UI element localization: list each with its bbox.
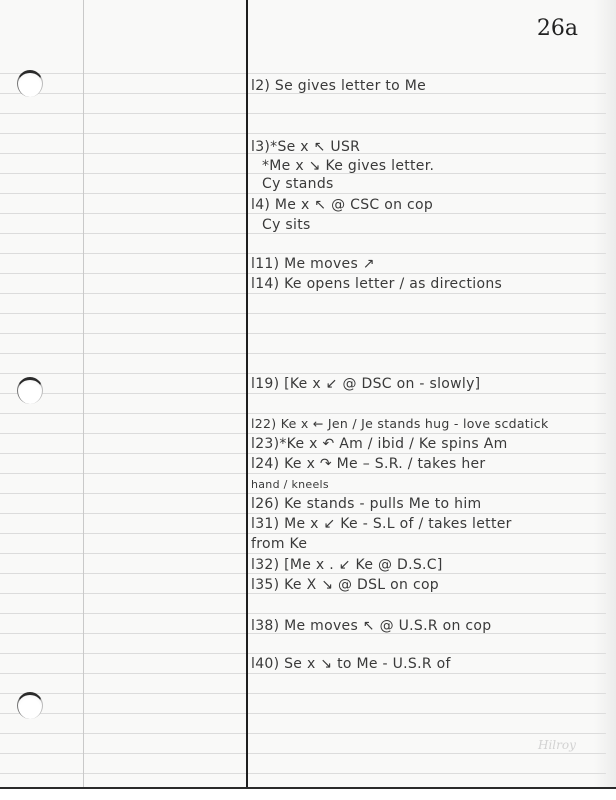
- ruled-line: [0, 453, 606, 454]
- ruled-line: [0, 673, 606, 674]
- notebook-page: 26a l2) Se gives letter to Me l3)*Se x ↖…: [0, 0, 616, 789]
- ruled-line: [0, 373, 606, 374]
- ruled-line: [0, 213, 606, 214]
- note-line: l24) Ke x ↷ Me – S.R. / takes her: [251, 456, 485, 472]
- ruled-line: [0, 253, 606, 254]
- margin-line-dark: [246, 0, 248, 787]
- ruled-line: [0, 193, 606, 194]
- page-edge-shadow: [594, 0, 616, 787]
- brand-watermark: Hilroy: [538, 738, 576, 752]
- ruled-line: [0, 353, 606, 354]
- note-line: l40) Se x ↘ to Me - U.S.R of: [251, 656, 451, 672]
- ruled-line: [0, 553, 606, 554]
- ruled-line: [0, 433, 606, 434]
- note-line: l3)*Se x ↖ USR: [251, 139, 360, 155]
- note-line: from Ke: [251, 536, 307, 552]
- note-line: Cy stands: [262, 176, 334, 192]
- ruled-line: [0, 533, 606, 534]
- ruled-line: [0, 493, 606, 494]
- ruled-line: [0, 473, 606, 474]
- binder-hole-middle: [17, 377, 43, 404]
- ruled-line: [0, 613, 606, 614]
- ruled-line: [0, 653, 606, 654]
- note-line: l26) Ke stands - pulls Me to him: [251, 496, 481, 512]
- note-line: Cy sits: [262, 217, 311, 233]
- ruled-line: [0, 73, 606, 74]
- ruled-line: [0, 313, 606, 314]
- note-line: l22) Ke x ← Jen / Je stands hug - love s…: [251, 416, 549, 431]
- ruled-line: [0, 513, 606, 514]
- ruled-line: [0, 733, 606, 734]
- note-line: l4) Me x ↖ @ CSC on cop: [251, 197, 433, 213]
- note-line: hand / kneels: [251, 478, 329, 491]
- ruled-line: [0, 333, 606, 334]
- binder-hole-top: [17, 70, 43, 97]
- note-line: l2) Se gives letter to Me: [251, 78, 426, 94]
- ruled-line: [0, 273, 606, 274]
- ruled-line: [0, 133, 606, 134]
- ruled-line: [0, 713, 606, 714]
- note-line: l32) [Me x . ↙ Ke @ D.S.C]: [251, 557, 443, 573]
- ruled-line: [0, 113, 606, 114]
- note-line: *Me x ↘ Ke gives letter.: [262, 158, 434, 174]
- note-line: l23)*Ke x ↶ Am / ibid / Ke spins Am: [251, 436, 508, 452]
- ruled-line: [0, 753, 606, 754]
- ruled-line: [0, 293, 606, 294]
- ruled-line: [0, 773, 606, 774]
- ruled-line: [0, 393, 606, 394]
- ruled-line: [0, 233, 606, 234]
- ruled-line: [0, 693, 606, 694]
- note-line: l38) Me moves ↖ @ U.S.R on cop: [251, 618, 492, 634]
- page-number: 26a: [537, 16, 578, 41]
- binder-hole-bottom: [17, 692, 43, 719]
- ruled-line: [0, 413, 606, 414]
- margin-line-faint: [83, 0, 84, 787]
- note-line: l31) Me x ↙ Ke - S.L of / takes letter: [251, 516, 512, 532]
- ruled-line: [0, 573, 606, 574]
- note-line: l35) Ke X ↘ @ DSL on cop: [251, 577, 439, 593]
- note-line: l11) Me moves ↗: [251, 256, 375, 272]
- note-line: l14) Ke opens letter / as directions: [251, 276, 502, 292]
- note-line: l19) [Ke x ↙ @ DSC on - slowly]: [251, 376, 480, 392]
- ruled-line: [0, 593, 606, 594]
